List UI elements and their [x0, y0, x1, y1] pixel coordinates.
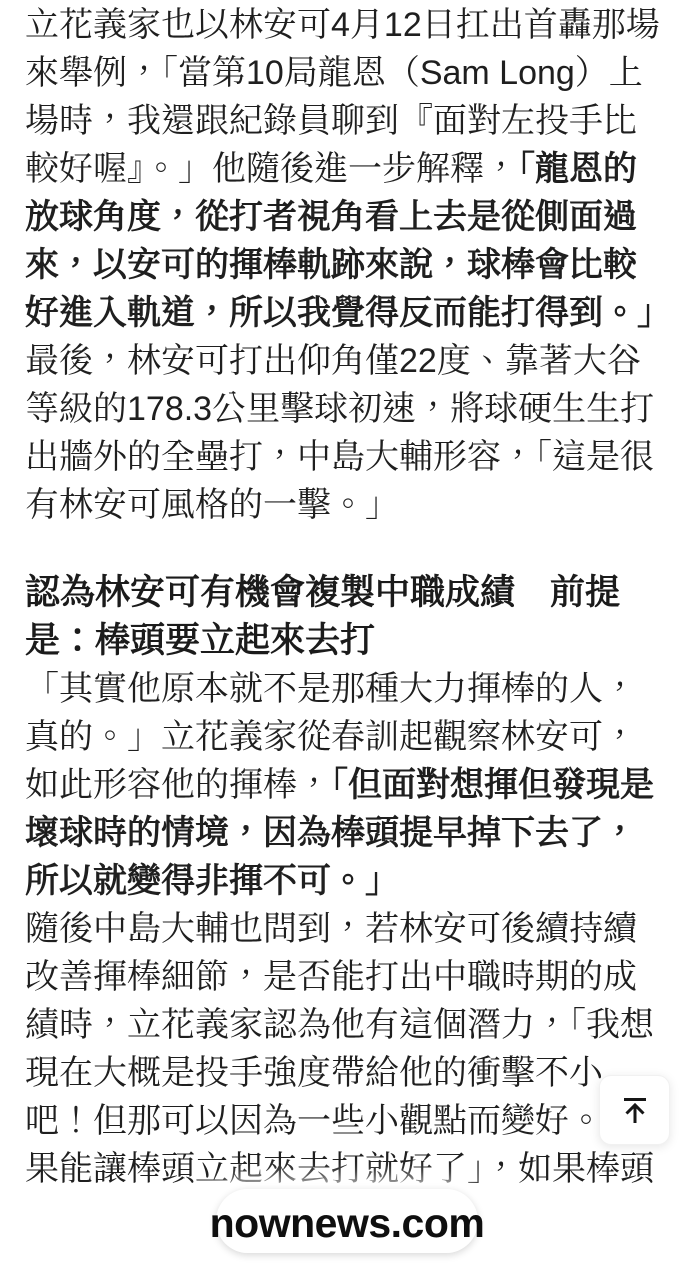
- article-page: { "page": { "background": "#ffffff", "te…: [0, 0, 691, 1280]
- paragraph-3: 隨後中島大輔也問到，若林安可後續持續改善揮棒細節，是否能打出中職時期的成績時，立…: [25, 905, 665, 1193]
- article-body: 立花義家也以林安可4月12日扛出首轟那場來舉例，「當第10局龍恩（Sam Lon…: [0, 0, 691, 1193]
- paragraph-2: 「其實他原本就不是那種大力揮棒的人，真的。」立花義家從春訓起觀察林安可，如此形容…: [25, 665, 665, 905]
- arrow-up-to-top-icon: [616, 1091, 654, 1129]
- paragraph-1-text-end: 最後，林安可打出仰角僅22度、靠著大谷等級的178.3公里擊球初速，將球硬生生打…: [25, 342, 654, 524]
- nownews-watermark: nownews.com: [216, 1189, 478, 1253]
- scroll-to-top-button[interactable]: [599, 1075, 670, 1145]
- section-heading: 認為林安可有機會複製中職成績 前提是：棒頭要立起來去打: [25, 569, 665, 665]
- paragraph-1: 立花義家也以林安可4月12日扛出首轟那場來舉例，「當第10局龍恩（Sam Lon…: [25, 0, 665, 529]
- paragraph-3-text: 隨後中島大輔也問到，若林安可後續持續改善揮棒細節，是否能打出中職時期的成績時，立…: [25, 910, 654, 1188]
- nownews-watermark-label: nownews.com: [210, 1203, 485, 1253]
